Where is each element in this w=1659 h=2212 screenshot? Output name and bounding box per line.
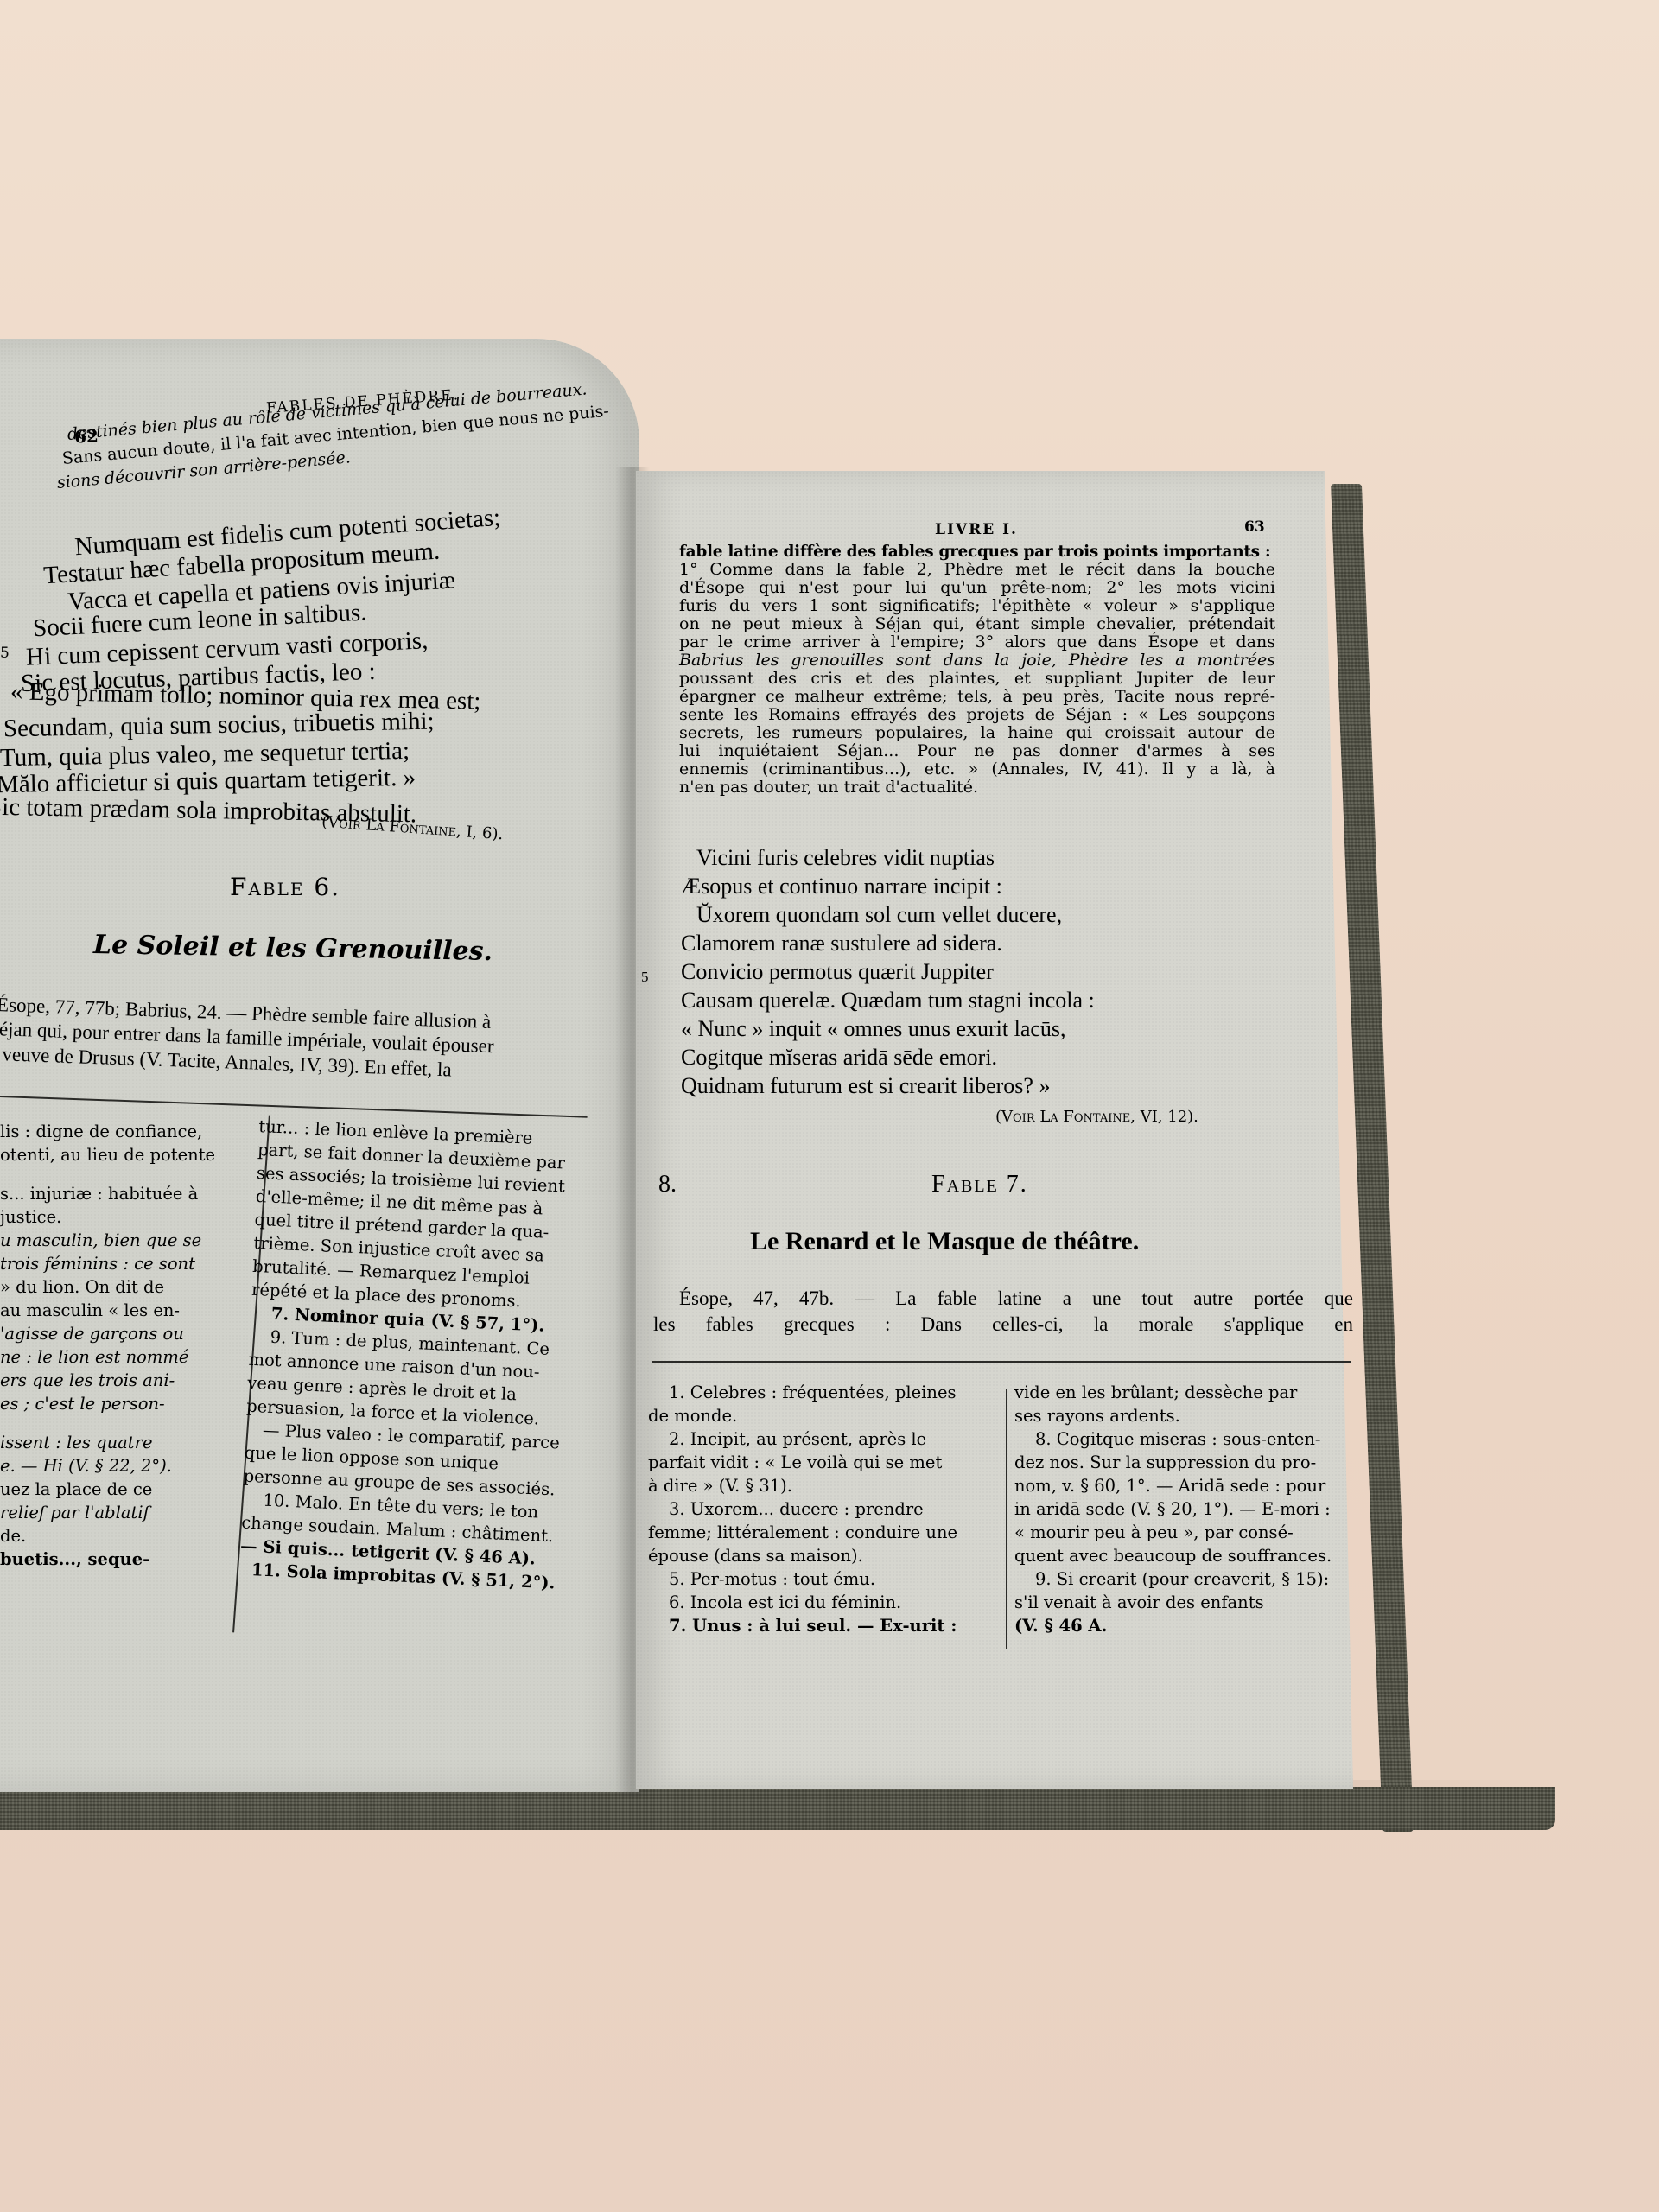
intro-line: fable latine diffère des fables grecques…: [679, 543, 1275, 561]
footnote-line: dez nos. Sur la suppression du pro-: [1014, 1451, 1377, 1474]
footnote-line: buetis..., seque-: [0, 1548, 242, 1571]
verse-line: Cogitque mĭseras aridā sēde emori.: [665, 1043, 1270, 1071]
intro-line: 1° Comme dans la fable 2, Phèdre met le …: [679, 561, 1275, 579]
intro-line: épargner ce malheur extrême; tels, à peu…: [679, 688, 1275, 706]
verse-line: Vicini furis celebres vidit nuptias: [665, 843, 1270, 872]
fable-6-reference: (Voir La Fontaine, VI, 12).: [995, 1108, 1198, 1126]
intro-line: par le crime arriver à l'empire; 3° alor…: [679, 633, 1275, 652]
footnote-line: femme; littéralement : conduire une: [648, 1521, 994, 1544]
footnote-line: issent : les quatre: [0, 1431, 242, 1454]
footnote-line: » du lion. On dit de: [0, 1275, 242, 1299]
intro-line: Ésope, 47, 47b. — La fable latine a une …: [653, 1286, 1353, 1312]
footnote-line: in aridā sede (V. § 20, 1°). — E-mori :: [1014, 1497, 1377, 1521]
footnote-line: [0, 1415, 242, 1431]
intro-line: les fables grecques : Dans celles-ci, la…: [653, 1312, 1353, 1338]
footnote-line: lis : digne de confiance,: [0, 1120, 242, 1143]
footnote-line: vide en les brûlant; dessèche par: [1014, 1381, 1377, 1404]
section-number: 8.: [658, 1171, 677, 1198]
intro-line: d'Ésope qui n'est pour lui qu'un prête-n…: [679, 579, 1275, 597]
footnote-line: 1. Celebres : fréquentées, pleines: [648, 1381, 994, 1404]
footnote-line: 3. Uxorem... ducere : prendre: [648, 1497, 994, 1521]
footnote-line: uez la place de ce: [0, 1478, 242, 1501]
footnote-line: « mourir peu à peu », par consé-: [1014, 1521, 1377, 1544]
page-number-right: 63: [1244, 518, 1265, 536]
intro-line: n'en pas douter, un trait d'actualité.: [679, 779, 1275, 797]
footnote-line: épouse (dans sa maison).: [648, 1544, 994, 1567]
footnote-column-divider: [1006, 1389, 1007, 1649]
fable-6-intro-continued: fable latine diffère des fables grecques…: [679, 543, 1275, 797]
footnotes-left-column-1: lis : digne de confiance, otenti, au lie…: [0, 1120, 242, 1571]
intro-line: on ne peut mieux à Séjan qui, étant simp…: [679, 615, 1275, 633]
fable-7-intro: Ésope, 47, 47b. — La fable latine a une …: [653, 1286, 1353, 1338]
verse-line-numbered: 5 Convicio permotus quærit Juppiter: [665, 957, 1270, 986]
footnote-line: ses rayons ardents.: [1014, 1404, 1377, 1427]
verse-text: Convicio permotus quærit Juppiter: [681, 959, 994, 984]
footnote-line: es ; c'est le person-: [0, 1392, 242, 1415]
footnote-line: quent avec beaucoup de souffrances.: [1014, 1544, 1377, 1567]
intro-line: ennemis (criminantibus...), etc. » (Anna…: [679, 760, 1275, 779]
intro-line: secrets, les rumeurs populaires, la hain…: [679, 724, 1275, 742]
verse-line: Clamorem ranæ sustulere ad sidera.: [665, 929, 1270, 957]
footnote-line: au masculin « les en-: [0, 1299, 242, 1322]
footnote-line: parfait vidit : « Le voilà qui se met: [648, 1451, 994, 1474]
footnote-line: ne : le lion est nommé: [0, 1345, 242, 1369]
footnotes-left-column-2: tur... : le lion enlève la première part…: [238, 1115, 604, 1596]
verse-line: Æsopus et continuo narrare incipit :: [665, 872, 1270, 900]
footnote-line: e. — Hi (V. § 22, 2°).: [0, 1454, 242, 1478]
footnote-line: s... injuriæ : habituée à: [0, 1182, 242, 1205]
verse-line: Causam querelæ. Quædam tum stagni incola…: [665, 986, 1270, 1014]
footnote-divider: [652, 1361, 1351, 1363]
footnote-line: relief par l'ablatif: [0, 1501, 242, 1524]
footnote-line: de.: [0, 1524, 242, 1548]
verse-line: Quidnam futurum est si crearit liberos? …: [665, 1071, 1270, 1100]
footnotes-right-column-2: vide en les brûlant; dessèche par ses ra…: [1014, 1381, 1377, 1637]
footnote-line: nom, v. § 60, 1°. — Aridā sede : pour: [1014, 1474, 1377, 1497]
footnote-line: à dire » (V. § 31).: [648, 1474, 994, 1497]
fable-7-heading: Fable 7.: [931, 1171, 1028, 1198]
verse-line: « Nunc » inquit « omnes unus exurit lacū…: [665, 1014, 1270, 1043]
footnote-line: s'il venait à avoir des enfants: [1014, 1591, 1377, 1614]
verse-number: 5: [641, 963, 649, 991]
footnote-line: 6. Incola est ici du féminin.: [648, 1591, 994, 1614]
footnote-line: ers que les trois ani-: [0, 1369, 242, 1392]
footnote-line: trois féminins : ce sont: [0, 1252, 242, 1275]
footnote-line: 'agisse de garçons ou: [0, 1322, 242, 1345]
fable-7-title: Le Renard et le Masque de théâtre.: [750, 1227, 1139, 1256]
footnote-line: u masculin, bien que se: [0, 1229, 242, 1252]
footnote-line: 8. Cogitque miseras : sous-enten-: [1014, 1427, 1377, 1451]
intro-line: poussant des cris et des plaintes, et su…: [679, 670, 1275, 688]
fable-6-heading: Fable 6.: [230, 873, 340, 901]
footnote-line: 5. Per-motus : tout ému.: [648, 1567, 994, 1591]
book-cover-edge-bottom: [0, 1787, 1555, 1830]
footnote-line: (V. § 46 A.: [1014, 1614, 1377, 1637]
intro-line: Babrius les grenouilles sont dans la joi…: [679, 652, 1275, 670]
intro-line: lui inquiétaient Séjan... Pour ne pas do…: [679, 742, 1275, 760]
footnote-line: 7. Unus : à lui seul. — Ex-urit :: [648, 1614, 994, 1637]
footnote-line: 9. Si crearit (pour creaverit, § 15):: [1014, 1567, 1377, 1591]
footnote-line: de monde.: [648, 1404, 994, 1427]
fable-6-verses: Vicini furis celebres vidit nuptias Æsop…: [665, 843, 1270, 1100]
verse-line: Ŭxorem quondam sol cum vellet ducere,: [665, 900, 1270, 929]
footnote-line: otenti, au lieu de potente: [0, 1143, 242, 1166]
intro-line: sente les Romains effrayés des projets d…: [679, 706, 1275, 724]
footnote-line: 2. Incipit, au présent, après le: [648, 1427, 994, 1451]
footnotes-right-column-1: 1. Celebres : fréquentées, pleines de mo…: [648, 1381, 994, 1637]
running-head-right: LIVRE I.: [935, 521, 1018, 538]
footnote-line: [0, 1166, 242, 1182]
intro-line: furis du vers 1 sont significatifs; l'ép…: [679, 597, 1275, 615]
footnote-line: justice.: [0, 1205, 242, 1229]
verse-number: 5: [0, 645, 10, 662]
